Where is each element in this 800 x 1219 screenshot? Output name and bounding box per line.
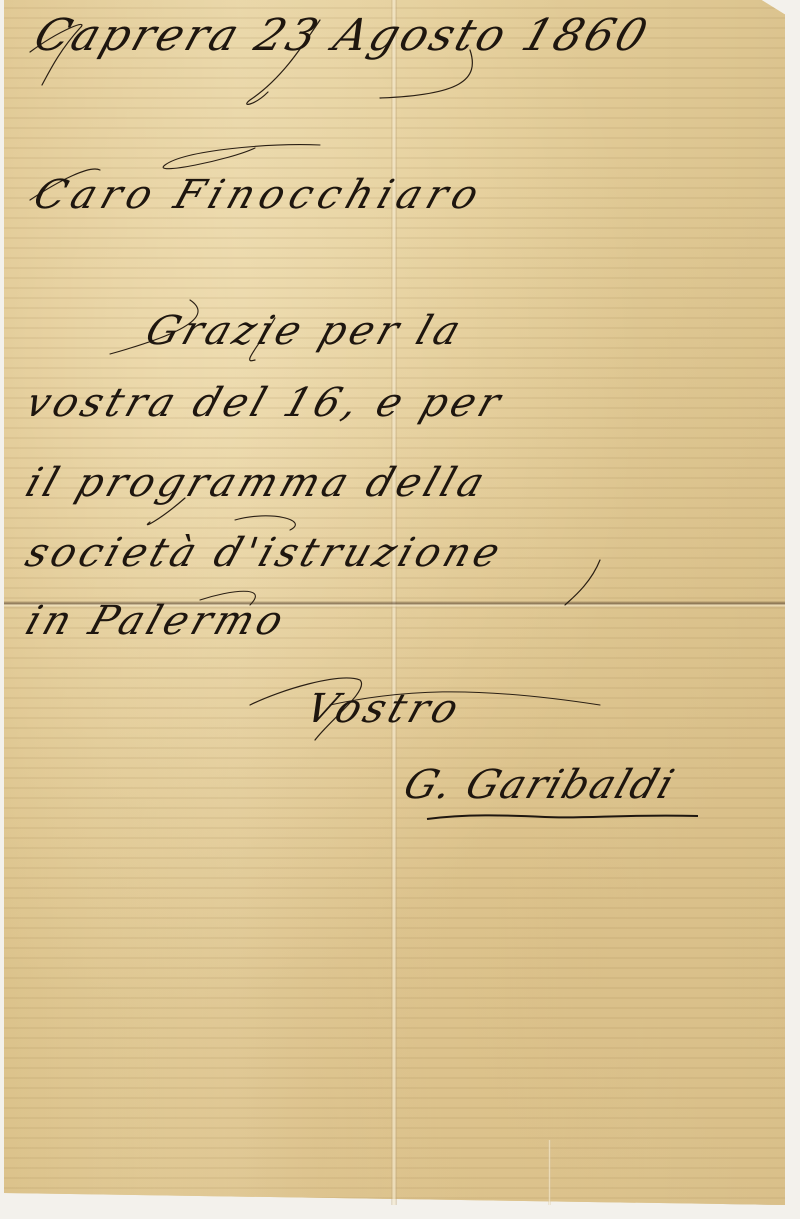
letter-closing: Vostro (300, 686, 468, 732)
letter-body-line: vostra del 16, e per (20, 380, 510, 426)
letter-signature: G. Garibaldi (398, 762, 681, 808)
letter-date-line: Caprera 23 Agosto 1860 (28, 10, 656, 61)
letter-body-line: il programma della (20, 460, 494, 506)
letter-body-line: Grazie per la (140, 308, 470, 354)
letter-salutation: Caro Finocchiaro (28, 172, 490, 218)
letter-body-line: società d'istruzione (20, 530, 509, 576)
scanned-letter-page: Caprera 23 Agosto 1860 Caro Finocchiaro … (0, 0, 800, 1219)
signature-underline (425, 813, 700, 821)
letter-body-line: in Palermo (20, 598, 293, 644)
lower-fold-crease (548, 1140, 551, 1205)
